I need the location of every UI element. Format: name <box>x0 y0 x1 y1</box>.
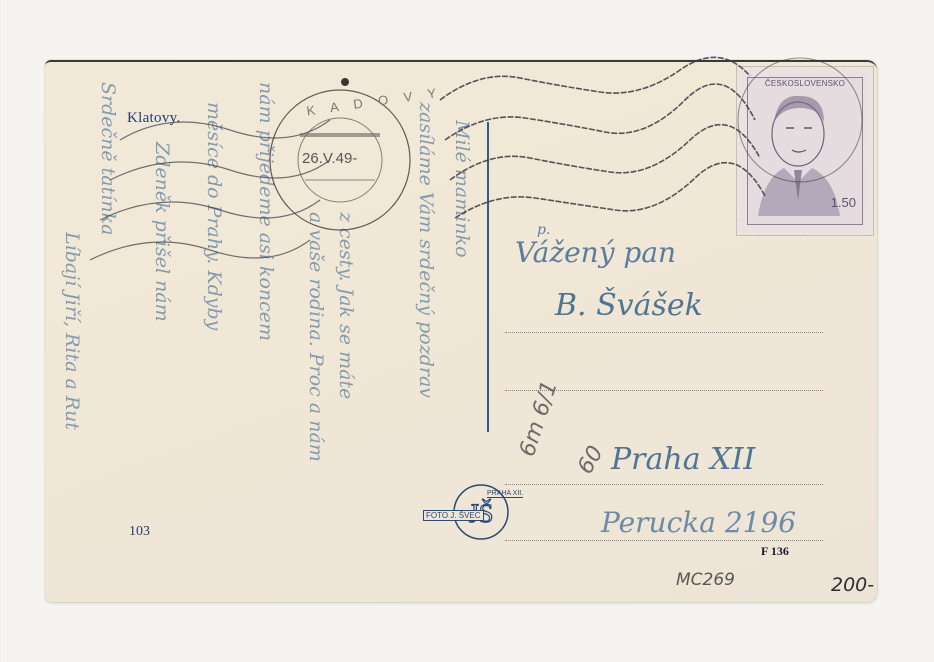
message-column-5: nám přijedeme asi koncem <box>255 82 277 341</box>
message-column-3: z cesty. Jak se máte <box>335 212 357 399</box>
address-line-1 <box>505 332 823 333</box>
postmark-date: 26.V.49- <box>302 150 357 167</box>
message-column-7: Zdeněk přišel nám <box>151 142 173 322</box>
postage-stamp: ČESKOSLOVENSKO 1.50 <box>737 67 873 235</box>
card-number: 103 <box>129 524 150 540</box>
address-line-4 <box>505 540 823 541</box>
series-code: F 136 <box>761 544 789 559</box>
publisher-logo: JŠ FOTO J. ŠVEC PRAHA XII. <box>423 482 533 542</box>
pencil-dealer-code: MC269 <box>676 570 735 590</box>
message-column-4: a vaše rodina. Proc a nám <box>305 212 327 462</box>
pencil-diagonal-note-2: 60 <box>573 442 609 479</box>
stamp-value: 1.50 <box>831 195 856 210</box>
pencil-price: 200- <box>831 574 874 596</box>
message-column-8: Srdečně tatínka <box>97 82 119 235</box>
address-street: Peruckа 2196 <box>601 506 796 539</box>
address-salutation: Vážený pan <box>515 236 676 269</box>
message-column-2: zasíláme Vám srdečný pozdrav <box>415 102 437 398</box>
address-name: B. Švášek <box>555 288 703 323</box>
postcard: Milé maminko zasíláme Vám srdečný pozdra… <box>45 60 877 602</box>
publisher-name: FOTO J. ŠVEC <box>423 510 484 521</box>
message-column-1: Milé maminko <box>451 120 473 258</box>
message-column-9: Líbají Jiří, Rita a Rut <box>61 232 83 430</box>
message-column-6: měsíce do Prahy. Kdyby <box>203 102 225 330</box>
publisher-city: PRAHA XII. <box>487 490 523 498</box>
address-city: Praha XII <box>611 442 755 477</box>
address-line-3 <box>505 484 823 485</box>
place-title: Klatovy. <box>127 110 181 127</box>
divider-line <box>487 122 489 432</box>
